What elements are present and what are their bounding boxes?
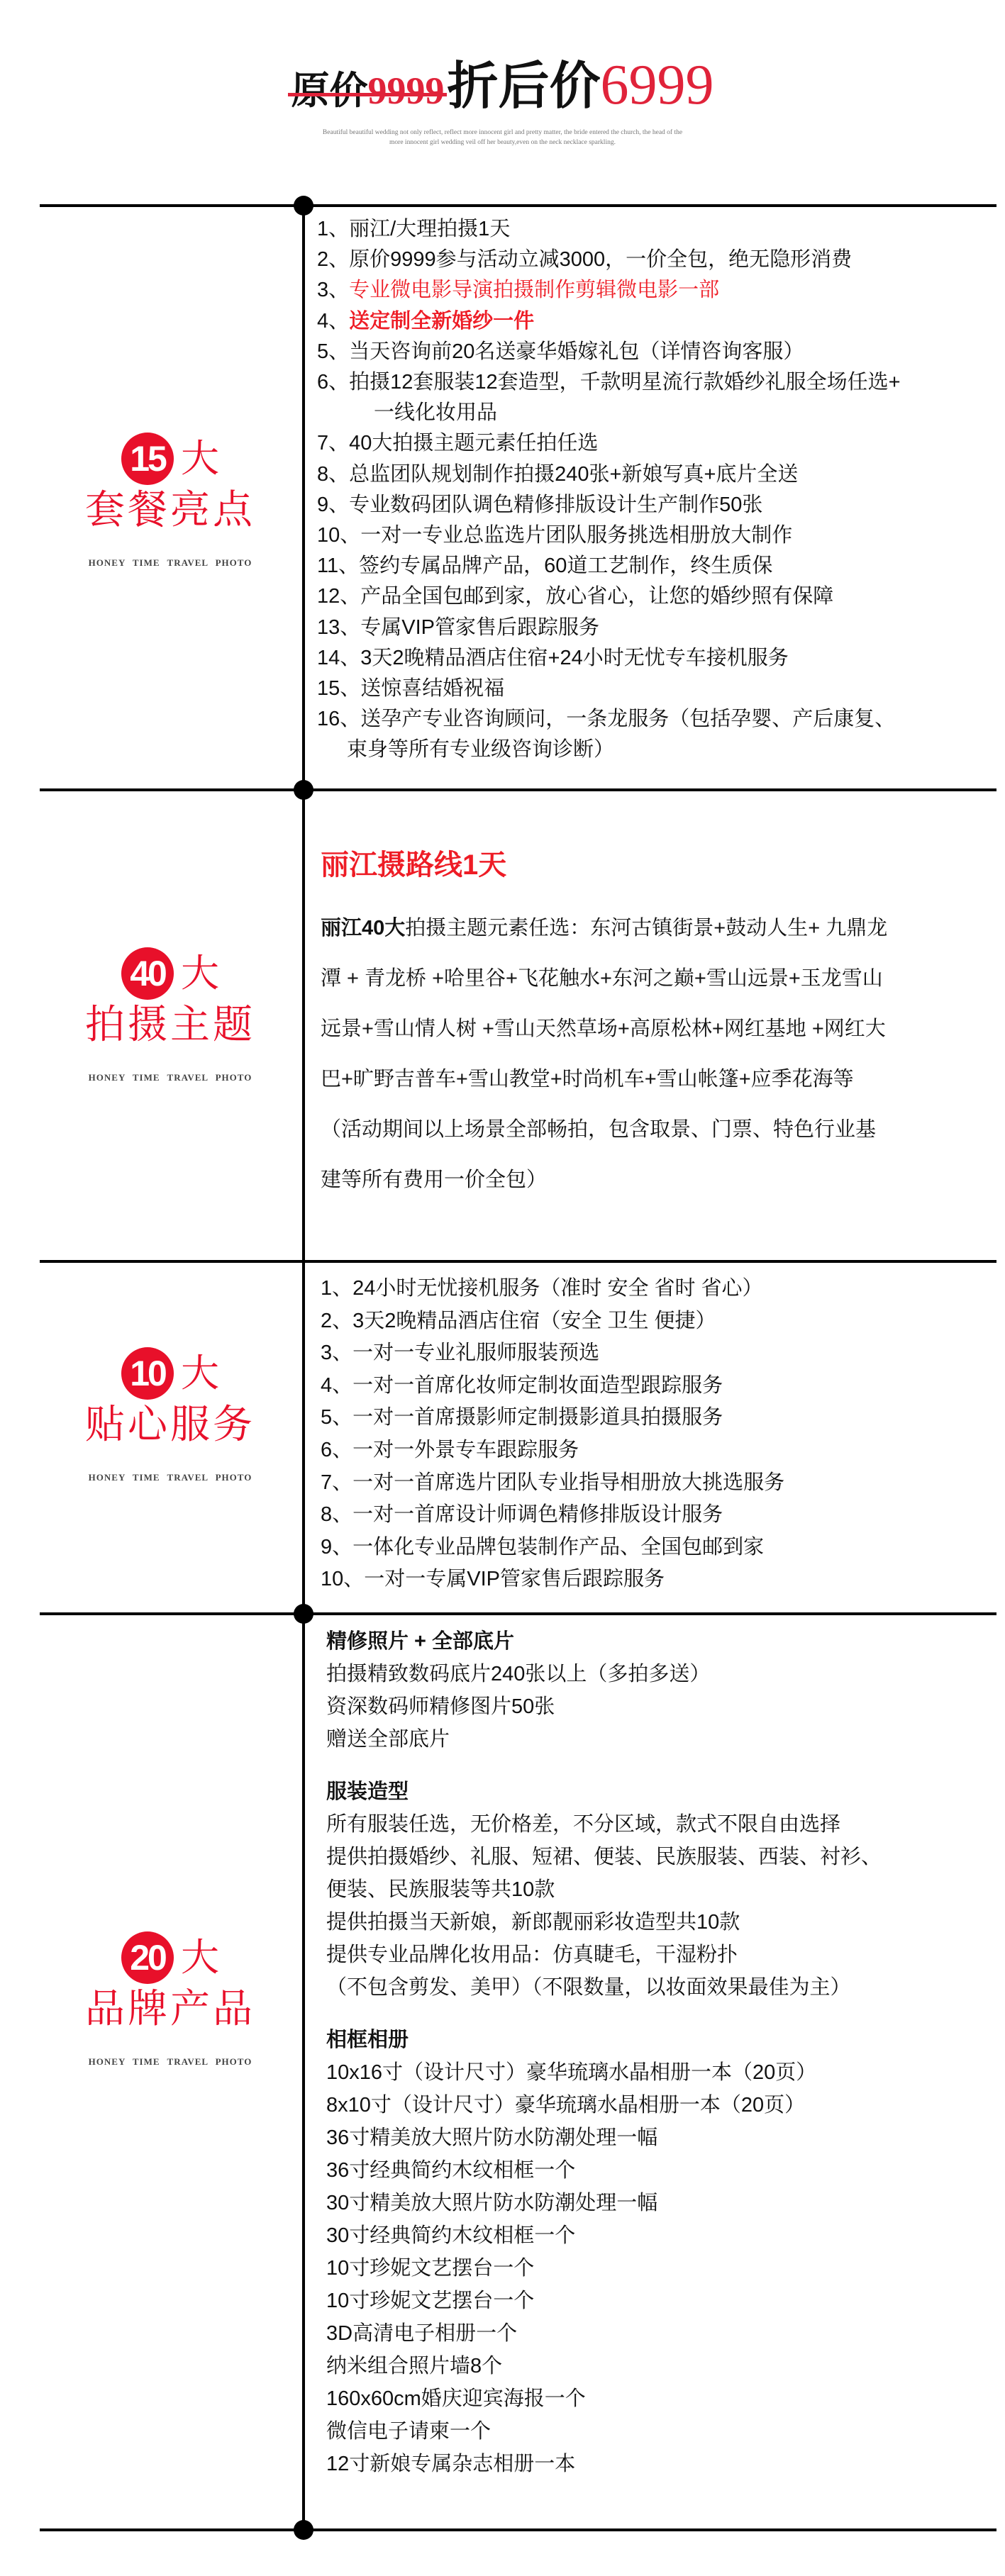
sale-price: 折后价6999 [447, 57, 714, 113]
price-header: 原价9999折后价6999 Beautiful beautiful weddin… [0, 57, 1005, 147]
themes-content: 丽江摄路线1天 丽江40大拍摄主题元素任选：东河古镇街景+鼓动人生+ 九鼎龙 潭… [321, 848, 994, 1205]
list-item: 微信电子请柬一个 [326, 2415, 1000, 2448]
list-item: 4、送定制全新婚纱一件 [317, 306, 991, 337]
list-item: 10、一对一专属VIP管家售后跟踪服务 [321, 1563, 994, 1596]
themes-text: 东河古镇街景+鼓动人生+ 九鼎龙 [590, 917, 887, 939]
divider-1 [40, 788, 996, 791]
list-item: 30寸经典简约木纹相框一个 [326, 2219, 1000, 2252]
dot-marker [294, 2520, 313, 2540]
section-title: 贴心服务 [43, 1401, 298, 1448]
themes-line: 潭 + 青龙桥 +哈里谷+飞花触水+东河之巅+雪山远景+玉龙雪山 [321, 954, 994, 1004]
list-item: 15、送惊喜结婚祝福 [317, 674, 991, 704]
list-item: 拍摄精致数码底片240张以上（多拍多送） [326, 1658, 1000, 1690]
divider-2 [40, 1260, 996, 1263]
list-item: 资深数码师精修图片50张 [326, 1690, 1000, 1723]
highlights-list: 1、丽江/大理拍摄1天 2、原价9999参与活动立减3000，一价全包，绝无隐形… [317, 214, 991, 766]
list-item: 10x16寸（设计尺寸）豪华琉璃水晶相册一本（20页） [326, 2056, 1000, 2089]
list-item: 3、一对一专业礼服师服装预选 [321, 1337, 994, 1370]
list-item: 8、总监团队规划制作拍摄240张+新娘写真+底片全送 [317, 459, 991, 490]
section-title: 拍摄主题 [43, 1001, 298, 1048]
list-item-continuation: 一线化妆用品 [317, 398, 991, 428]
themes-line: 建等所有费用一价全包） [321, 1155, 994, 1205]
section-subtitle-en: HONEY TIME TRAVEL PHOTO [43, 1072, 298, 1083]
list-item: 12、产品全国包邮到家，放心省心，让您的婚纱照有保障 [317, 581, 991, 612]
dot-marker [294, 196, 313, 216]
list-item: 12寸新娘专属杂志相册一本 [326, 2448, 1000, 2480]
badge-suffix: 大 [181, 1939, 219, 1977]
list-item: 6、拍摄12套服装12套造型，千款明星流行款婚纱礼服全场任选+ [317, 367, 991, 398]
tagline: Beautiful beautiful wedding not only ref… [318, 128, 687, 147]
list-item: 赠送全部底片 [326, 1723, 1000, 1756]
list-item: 5、一对一首席摄影师定制摄影道具拍摄服务 [321, 1402, 994, 1434]
item-number: 3、 [317, 279, 349, 301]
list-item: 提供拍摄婚纱、礼服、短裙、便装、民族服装、西装、衬衫、 [326, 1841, 1000, 1873]
original-price-value: 9999 [367, 69, 444, 112]
list-item: 16、送孕产专业咨询顾问，一条龙服务（包括孕婴、产后康复、 [317, 704, 991, 735]
list-item: 6、一对一外景专车跟踪服务 [321, 1434, 994, 1467]
section-title: 品牌产品 [43, 1985, 298, 2032]
list-item: 10寸珍妮文艺摆台一个 [326, 2252, 1000, 2285]
list-item: 14、3天2晚精品酒店住宿+24小时无忧专车接机服务 [317, 643, 991, 674]
original-price-label: 原价 [291, 69, 367, 112]
list-item: 所有服装任选，无价格差，不分区域，款式不限自由选择 [326, 1808, 1000, 1841]
themes-lead: 拍摄主题元素任选： [405, 917, 590, 939]
badge-suffix: 大 [181, 440, 219, 478]
group-heading: 精修照片 + 全部底片 [326, 1625, 1000, 1658]
list-item: 5、当天咨询前20名送豪华婚嫁礼包（详情咨询客服） [317, 337, 991, 367]
price-line: 原价9999折后价6999 [0, 57, 1005, 113]
themes-line: 巴+旷野吉普车+雪山教堂+时尚机车+雪山帐篷+应季花海等 [321, 1054, 994, 1105]
list-item: 13、专属VIP管家售后跟踪服务 [317, 613, 991, 643]
list-item: 10、一对一专业总监选片团队服务挑选相册放大制作 [317, 520, 991, 551]
sale-price-label: 折后价 [447, 58, 600, 115]
list-item: 30寸精美放大照片防水防潮处理一幅 [326, 2187, 1000, 2219]
products-content: 精修照片 + 全部底片 拍摄精致数码底片240张以上（多拍多送） 资深数码师精修… [326, 1625, 1000, 2480]
section-label-products: 20 大 品牌产品 HONEY TIME TRAVEL PHOTO [43, 1931, 298, 2068]
themes-lead-bold: 丽江40大 [321, 917, 405, 939]
list-item: 36寸经典简约木纹相框一个 [326, 2154, 1000, 2187]
badge-suffix: 大 [181, 1354, 219, 1393]
badge-suffix: 大 [181, 954, 219, 993]
spacer [326, 2004, 1000, 2024]
list-item: 4、一对一首席化妆师定制妆面造型跟踪服务 [321, 1370, 994, 1403]
list-item: （不包含剪发、美甲）（不限数量，以妆面效果最佳为主） [326, 1971, 1000, 2004]
divider-bottom [40, 2528, 996, 2531]
themes-paragraph: 丽江40大拍摄主题元素任选：东河古镇街景+鼓动人生+ 九鼎龙 潭 + 青龙桥 +… [321, 903, 994, 1205]
section-label-highlights: 15 大 套餐亮点 HONEY TIME TRAVEL PHOTO [43, 433, 298, 569]
item-number: 4、 [317, 310, 349, 333]
section-subtitle-en: HONEY TIME TRAVEL PHOTO [43, 1472, 298, 1483]
dot-marker [294, 1604, 313, 1624]
route-title: 丽江摄路线1天 [321, 848, 994, 882]
section-title: 套餐亮点 [43, 486, 298, 533]
section-subtitle-en: HONEY TIME TRAVEL PHOTO [43, 2056, 298, 2068]
list-item: 160x60cm婚庆迎宾海报一个 [326, 2382, 1000, 2415]
list-item: 9、专业数码团队调色精修排版设计生产制作50张 [317, 490, 991, 520]
highlight-red-text: 专业微电影导演拍摄制作剪辑微电影一部 [349, 279, 719, 301]
list-item: 2、原价9999参与活动立减3000，一价全包，绝无隐形消费 [317, 245, 991, 275]
list-item: 11、签约专属品牌产品，60道工艺制作，终生质保 [317, 551, 991, 581]
list-item: 3、专业微电影导演拍摄制作剪辑微电影一部 [317, 275, 991, 306]
themes-line: （活动期间以上场景全部畅拍，包含取景、门票、特色行业基 [321, 1105, 994, 1155]
highlight-red-bold-text: 送定制全新婚纱一件 [349, 310, 534, 333]
list-item: 3D高清电子相册一个 [326, 2317, 1000, 2350]
list-item: 8x10寸（设计尺寸）豪华琉璃水晶相册一本（20页） [326, 2089, 1000, 2121]
themes-line: 丽江40大拍摄主题元素任选：东河古镇街景+鼓动人生+ 九鼎龙 [321, 903, 994, 954]
services-list: 1、24小时无忧接机服务（准时 安全 省时 省心） 2、3天2晚精品酒店住宿（安… [321, 1273, 994, 1596]
list-item: 纳米组合照片墙8个 [326, 2350, 1000, 2382]
list-item: 提供拍摄当天新娘，新郎靓丽彩妆造型共10款 [326, 1906, 1000, 1939]
group-heading: 相框相册 [326, 2024, 1000, 2056]
badge-10: 10 [121, 1347, 174, 1400]
dot-marker [294, 780, 313, 800]
group-heading: 服装造型 [326, 1775, 1000, 1808]
section-label-services: 10 大 贴心服务 HONEY TIME TRAVEL PHOTO [43, 1347, 298, 1483]
badge-20: 20 [121, 1931, 174, 1984]
spacer [326, 1756, 1000, 1775]
vertical-divider [302, 206, 305, 2530]
original-price: 原价9999 [291, 72, 444, 110]
list-item: 8、一对一首席设计师调色精修排版设计服务 [321, 1499, 994, 1532]
sale-price-value: 6999 [601, 54, 714, 116]
themes-line: 远景+雪山情人树 +雪山天然草场+高原松林+网红基地 +网红大 [321, 1004, 994, 1054]
section-label-themes: 40 大 拍摄主题 HONEY TIME TRAVEL PHOTO [43, 947, 298, 1083]
divider-top [40, 204, 996, 207]
list-item: 2、3天2晚精品酒店住宿（安全 卫生 便捷） [321, 1305, 994, 1338]
section-subtitle-en: HONEY TIME TRAVEL PHOTO [43, 557, 298, 569]
list-item: 提供专业品牌化妆用品：仿真睫毛，干湿粉扑 [326, 1939, 1000, 1971]
badge-15: 15 [121, 433, 174, 485]
list-item: 1、丽江/大理拍摄1天 [317, 214, 991, 245]
list-item: 1、24小时无忧接机服务（准时 安全 省时 省心） [321, 1273, 994, 1305]
badge-40: 40 [121, 947, 174, 1000]
list-item: 7、40大拍摄主题元素任拍任选 [317, 428, 991, 459]
list-item: 便装、民族服装等共10款 [326, 1873, 1000, 1906]
list-item: 7、一对一首席选片团队专业指导相册放大挑选服务 [321, 1467, 994, 1500]
divider-3 [40, 1612, 996, 1615]
list-item-continuation: 束身等所有专业级咨询诊断） [317, 735, 991, 765]
list-item: 36寸精美放大照片防水防潮处理一幅 [326, 2121, 1000, 2154]
list-item: 9、一体化专业品牌包装制作产品、全国包邮到家 [321, 1532, 994, 1564]
list-item: 10寸珍妮文艺摆台一个 [326, 2285, 1000, 2317]
